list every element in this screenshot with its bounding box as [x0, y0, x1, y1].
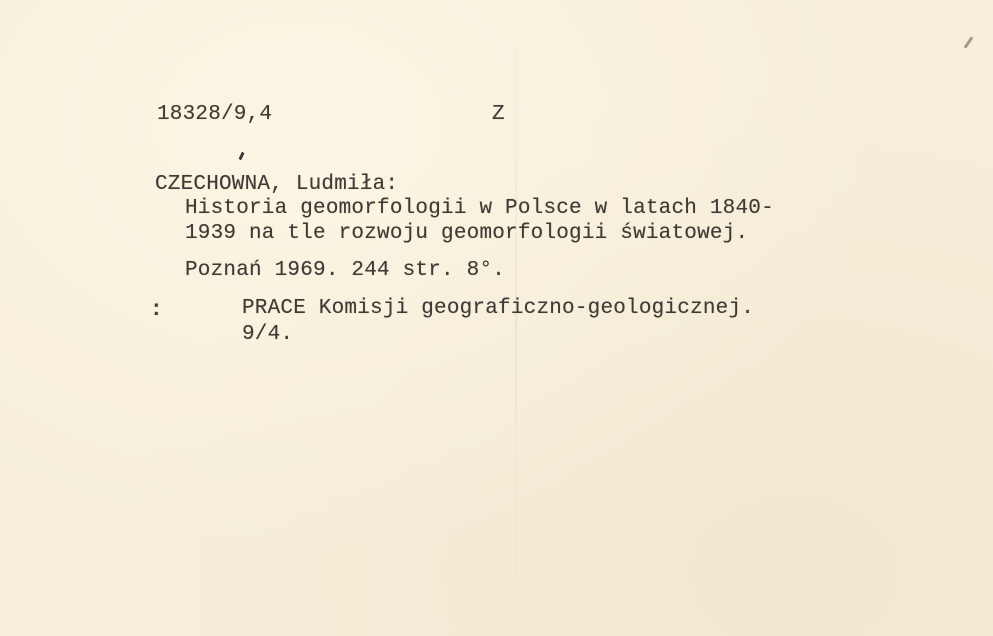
accent-mark: [238, 152, 244, 161]
call-number: 18328/9,4: [157, 102, 272, 128]
catalog-card: 18328/9,4 Z CZECHOWNA, Ludmiła: Historia…: [0, 0, 993, 636]
title-line-2: 1939 na tle rozwoju geomorfologii świato…: [185, 221, 748, 247]
imprint: Poznań 1969. 244 str. 8°.: [185, 258, 505, 284]
author-heading: CZECHOWNA, Ludmiła:: [155, 172, 398, 198]
series-line-2: 9/4.: [242, 322, 293, 348]
series-marker: :: [150, 298, 163, 324]
pencil-mark: [964, 36, 974, 48]
series-line-1: PRACE Komisji geograficzno-geologicznej.: [242, 296, 754, 322]
location-mark: Z: [492, 102, 505, 128]
title-line-1: Historia geomorfologii w Polsce w latach…: [185, 196, 774, 222]
